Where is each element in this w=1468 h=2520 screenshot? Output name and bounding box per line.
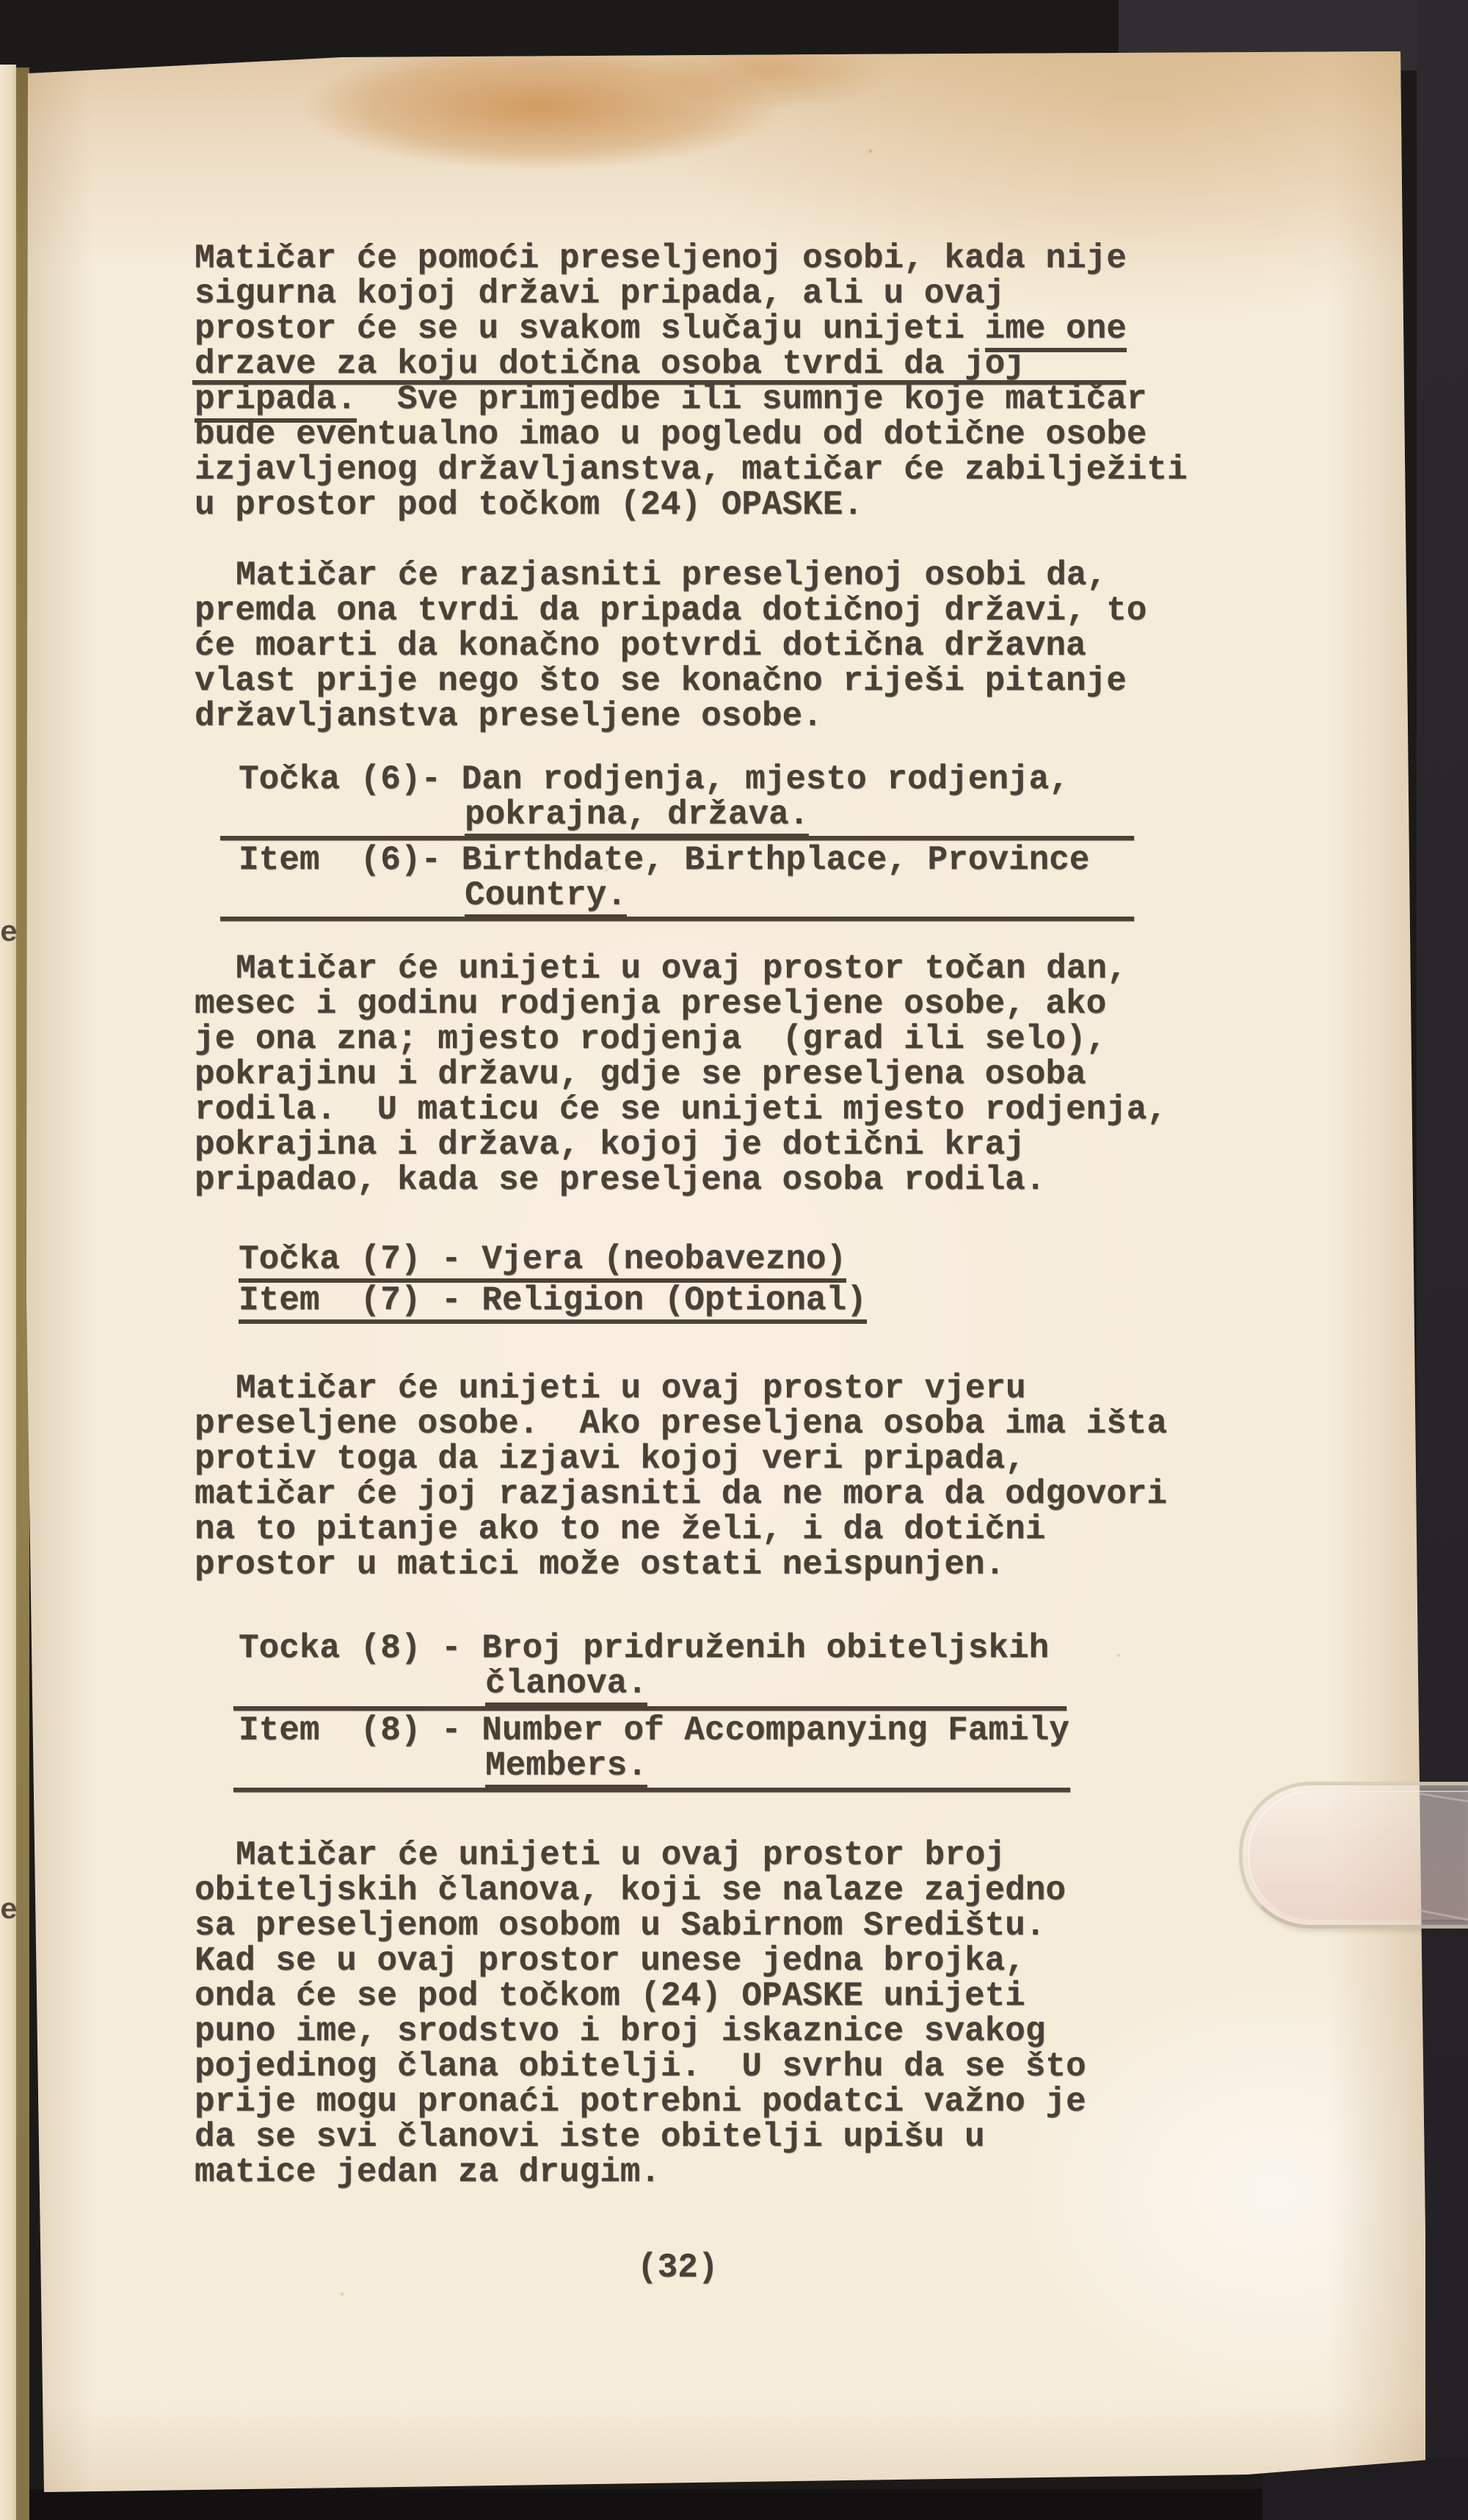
text-line: drzave za koju dotična osoba tvrdi da jo… [195, 346, 1025, 382]
text-line: Matičar će pomoći preseljenoj osobi, kad… [195, 241, 1127, 276]
bleed-through-letter: e [0, 917, 16, 950]
text-line: pojedinog člana obitelji. U svrhu da se … [195, 2049, 1086, 2084]
text-line: Kad se u ovaj prostor unese jedna brojka… [195, 1943, 1025, 1978]
text-line: prije mogu pronaći potrebni podatci važn… [195, 2084, 1086, 2119]
section-divider-rule [220, 917, 1134, 921]
text-line: izjavljenog državljanstva, matičar će za… [195, 452, 1188, 487]
text-line: vlast prije nego što se konačno riješi p… [195, 663, 1127, 699]
text-line: u prostor pod točkom (24) OPASKE. [195, 487, 863, 522]
text-line: Matičar će unijeti u ovaj prostor broj [236, 1838, 1006, 1873]
plastic-bookmark-clip [1239, 1782, 1468, 1929]
text-line: puno ime, srodstvo i broj iskaznice svak… [195, 2014, 1045, 2049]
text-line: pokrajinu i državu, gdje se preseljena o… [195, 1057, 1086, 1092]
text-line: državljanstva preseljene osobe. [195, 699, 823, 734]
scanner-backdrop-bottom-left [0, 2489, 1262, 2520]
text-line: Matičar će unijeti u ovaj prostor vjeru [236, 1371, 1026, 1406]
item-8-heading-en: Item (8) - Number of Accompanying Family [239, 1713, 1069, 1748]
text-line: prostor u matici može ostati neispunjen. [195, 1547, 1005, 1582]
facing-page-edge: e e [0, 65, 16, 2520]
text-line: onda će se pod točkom (24) OPASKE unijet… [195, 1978, 1025, 2014]
item-8-heading-hr: Tocka (8) - Broj pridruženih obiteljskih [239, 1631, 1049, 1666]
text-line: će moarti da konačno potvrdi dotična drž… [195, 628, 1086, 663]
item-6-heading-hr: Točka (6)- Dan rodjenja, mjesto rodjenja… [239, 762, 1069, 797]
section-divider-rule [233, 1788, 1070, 1792]
section-divider-rule [220, 836, 1134, 840]
text-line: pokrajina i država, kojoj je dotični kra… [195, 1127, 1025, 1162]
text-line: sa preseljenom osobom u Sabirnom Središt… [195, 1908, 1045, 1943]
text-line: matice jedan za drugim. [195, 2155, 661, 2190]
item-7-heading-en: Item (7) - Religion (Optional) [239, 1283, 867, 1318]
text-line: Matičar će razjasniti preseljenoj osobi … [236, 558, 1107, 593]
text-line: na to pitanje ako to ne želi, i da dotič… [195, 1512, 1045, 1547]
page-number: (32) [637, 2250, 718, 2285]
underlined-text: Item (7) - Religion (Optional) [239, 1281, 867, 1324]
clip-inner-rim [1248, 1791, 1468, 1920]
book-scan: { "colors": { "paper": "#f6ecda", "ink":… [0, 0, 1468, 2520]
text-line: matičar će joj razjasniti da ne mora da … [195, 1476, 1167, 1512]
underlined-text: Točka (7) - Vjera (neobavezno) [239, 1240, 846, 1283]
text-line: preseljene osobe. Ako preseljena osoba i… [195, 1406, 1167, 1441]
text-line: pripada. Sve primjedbe ili sumnje koje m… [195, 382, 1147, 417]
text-line: Matičar će unijeti u ovaj prostor točan … [236, 951, 1127, 986]
bleed-through-letter: e [0, 1895, 16, 1928]
item-6-heading-en-cont: Country. [465, 878, 627, 913]
item-8-heading-en-cont: Members. [485, 1748, 647, 1783]
text-line: bude eventualno imao u pogledu od dotičn… [195, 417, 1147, 452]
text-line: sigurna kojoj državi pripada, ali u ovaj [195, 276, 1005, 311]
item-6-heading-hr-cont: pokrajna, država. [465, 797, 809, 832]
scanned-page: Matičar će pomoći preseljenoj osobi, kad… [26, 48, 1425, 2492]
text-line: mesec i godinu rodjenja preseljene osobe… [195, 986, 1106, 1022]
scanner-backdrop-right-band [1417, 0, 1468, 2520]
underlined-text: članova. [485, 1664, 647, 1707]
text-line: premda ona tvrdi da pripada dotičnoj drž… [195, 593, 1147, 628]
item-8-heading-hr-cont: članova. [485, 1666, 647, 1701]
item-6-heading-en: Item (6)- Birthdate, Birthplace, Provinc… [239, 842, 1089, 878]
text-line: da se svi članovi iste obitelji upišu u [195, 2119, 985, 2155]
text-line: prostor će se u svakom slučaju unijeti i… [195, 311, 1127, 346]
section-divider-rule [233, 1706, 1067, 1711]
text-line: je ona zna; mjesto rodjenja (grad ili se… [195, 1022, 1106, 1057]
underlined-text: pokrajna, država. [465, 795, 809, 838]
text-line: pripadao, kada se preseljena osoba rodil… [195, 1162, 1045, 1198]
underlined-text: Country. [465, 876, 627, 919]
text-line: rodila. U maticu će se unijeti mjesto ro… [195, 1092, 1167, 1127]
text-segment: prostor će se u svakom slučaju unijeti [195, 310, 985, 348]
item-7-heading-hr: Točka (7) - Vjera (neobavezno) [239, 1242, 846, 1277]
underlined-text: Members. [485, 1747, 647, 1789]
text-line: protiv toga da izjavi kojoj veri pripada… [195, 1441, 1025, 1476]
text-segment: Sve primjedbe ili sumnje koje matičar [357, 380, 1147, 418]
text-line: obiteljskih članova, koji se nalaze zaje… [195, 1873, 1066, 1908]
